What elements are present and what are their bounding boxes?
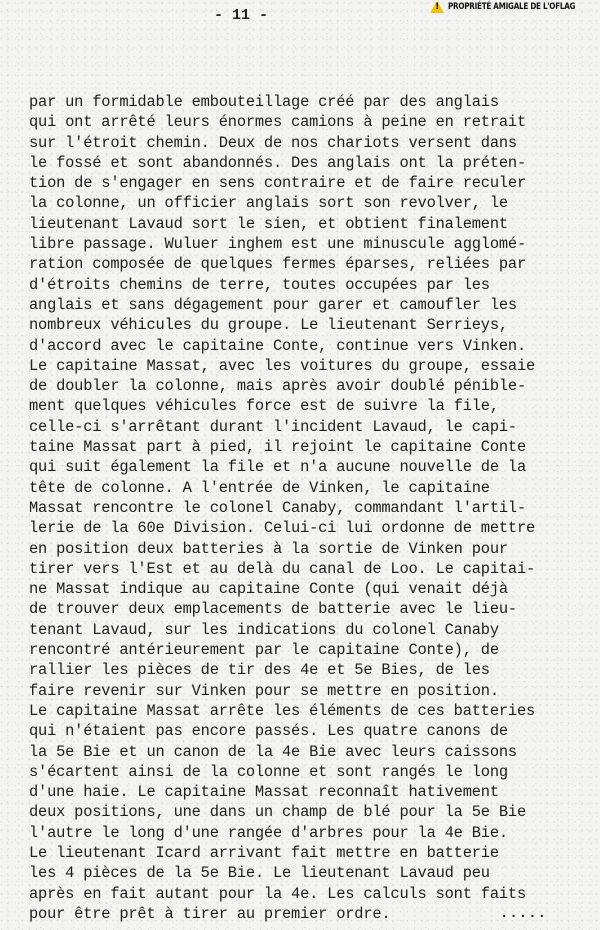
text-line: qui ont arrêté leurs énormes camions à p… — [29, 112, 589, 132]
text-line: Massat rencontre le colonel Canaby, comm… — [29, 498, 589, 518]
text-line: en position deux batteries à la sortie d… — [29, 539, 589, 559]
text-line: tion de s'engager en sens contraire et d… — [29, 173, 589, 193]
text-line: les 4 pièces de la 5e Bie. Le lieutenant… — [29, 863, 589, 883]
text-line: tenant Lavaud, sur les indications du co… — [29, 620, 589, 640]
text-line: rencontré antérieurement par le capitain… — [29, 640, 589, 660]
text-line: lerie de la 60e Division. Celui-ci lui o… — [29, 518, 589, 538]
text-line: libre passage. Wuluer inghem est une min… — [29, 234, 589, 254]
text-line: de trouver deux emplacements de batterie… — [29, 599, 589, 619]
text-line: celle-ci s'arrêtant durant l'incident La… — [29, 417, 589, 437]
text-line: ration composée de quelques fermes épars… — [29, 254, 589, 274]
text-line: la colonne, un officier anglais sort son… — [29, 193, 589, 213]
text-line: ne Massat indique au capitaine Conte (qu… — [29, 579, 589, 599]
text-line: rallier les pièces de tir des 4e et 5e B… — [29, 660, 589, 680]
text-line: tirer vers l'Est et au delà du canal de … — [29, 559, 589, 579]
text-line: qui n'étaient pas encore passés. Les qua… — [29, 721, 589, 741]
text-line: tête de colonne. A l'entrée de Vinken, l… — [29, 478, 589, 498]
text-line: par un formidable embouteillage créé par… — [29, 92, 589, 112]
text-line: deux positions, une dans un champ de blé… — [29, 802, 589, 822]
warning-icon — [430, 1, 444, 13]
text-line: Le lieutenant Icard arrivant fait mettre… — [29, 843, 589, 863]
watermark-text: PROPRIÉTÉ AMIGALE DE L'OFLAG — [448, 2, 575, 12]
text-line: le fossé et sont abandonnés. Des anglais… — [29, 153, 589, 173]
watermark: PROPRIÉTÉ AMIGALE DE L'OFLAG — [430, 1, 598, 13]
continuation-mark: ..... — [500, 906, 547, 922]
text-line: l'autre le long d'une rangée d'arbres po… — [29, 823, 589, 843]
text-line: d'une haie. Le capitaine Massat reconnaî… — [29, 782, 589, 802]
text-line: faire revenir sur Vinken pour se mettre … — [29, 681, 589, 701]
text-line: d'accord avec le capitaine Conte, contin… — [29, 336, 589, 356]
text-line: nombreux véhicules du groupe. Le lieuten… — [29, 315, 589, 335]
text-line: de doubler la colonne, mais après avoir … — [29, 376, 589, 396]
text-line: qui suit également la file et n'a aucune… — [29, 457, 589, 477]
text-line: taine Massat part à pied, il rejoint le … — [29, 437, 589, 457]
text-line: la 5e Bie et un canon de la 4e Bie avec … — [29, 742, 589, 762]
body-text: par un formidable embouteillage créé par… — [29, 92, 589, 924]
text-line: lieutenant Lavaud sort le sien, et obtie… — [29, 214, 589, 234]
text-line: anglais et sans dégagement pour garer et… — [29, 295, 589, 315]
text-line: ment quelques véhicules force est de sui… — [29, 396, 589, 416]
page-number: - 11 - — [214, 7, 268, 24]
text-line: après en fait autant pour la 4e. Les cal… — [29, 884, 589, 904]
text-line: sur l'étroit chemin. Deux de nos chariot… — [29, 133, 589, 153]
text-line: Le capitaine Massat arrête les éléments … — [29, 701, 589, 721]
text-line: s'écartent ainsi de la colonne et sont r… — [29, 762, 589, 782]
text-line: Le capitaine Massat, avec les voitures d… — [29, 356, 589, 376]
text-line: d'étroits chemins de terre, toutes occup… — [29, 275, 589, 295]
